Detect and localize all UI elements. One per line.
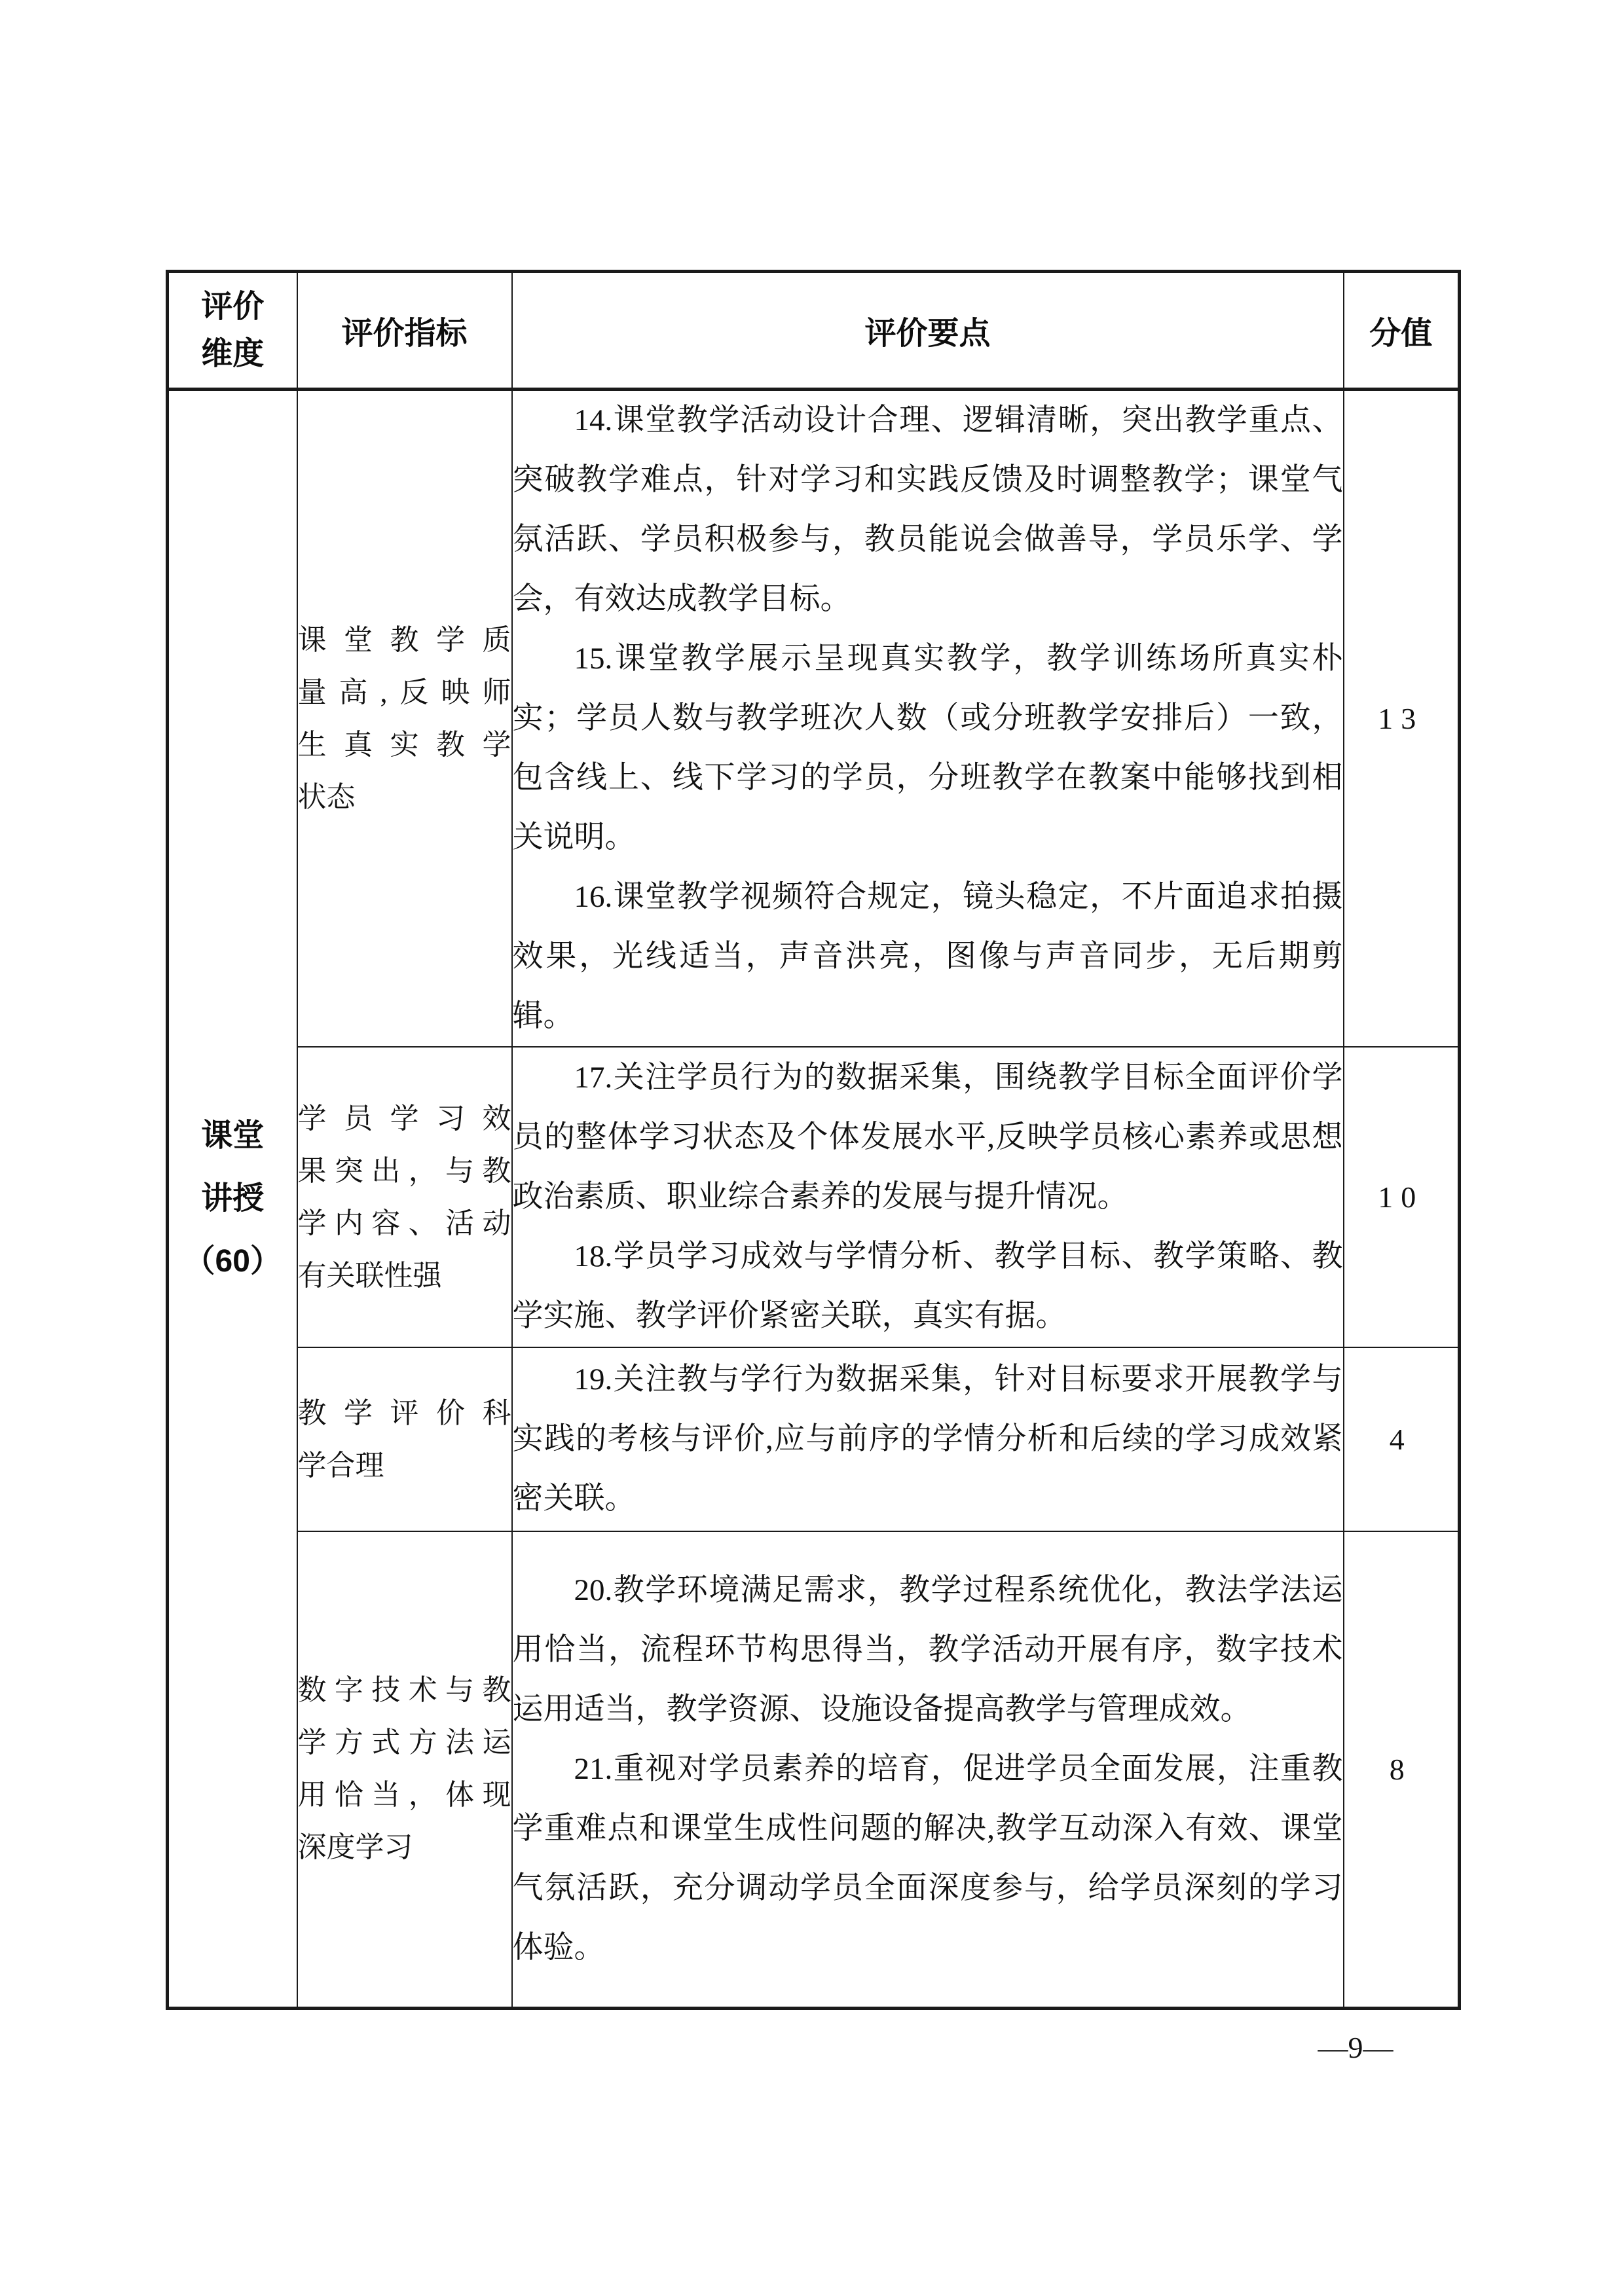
indicator-cell: 学员学习效 果突出，与教 学内容、活动 有关联性强 bbox=[297, 1047, 512, 1347]
header-points: 评价要点 bbox=[512, 272, 1344, 390]
indicator-line: 状态 bbox=[298, 771, 511, 824]
score-cell: 13 bbox=[1344, 390, 1460, 1048]
indicator-line: 量高,反映师 bbox=[298, 666, 511, 719]
point-item-17: 17.关注学员行为的数据采集，围绕教学目标全面评价学员的整体学习状态及个体发展水… bbox=[513, 1048, 1343, 1227]
point-item-14: 14.课堂教学活动设计合理、逻辑清晰，突出教学重点、突破教学难点，针对学习和实践… bbox=[513, 391, 1343, 629]
evaluation-table: 评价 维度 评价指标 评价要点 分值 课堂 讲授 （60） 课堂教学质 量高,反… bbox=[166, 270, 1461, 2010]
indicator-line: 教学评价科 bbox=[298, 1387, 511, 1440]
point-item-16: 16.课堂教学视频符合规定，镜头稳定，不片面追求拍摄效果，光线适当，声音洪亮，图… bbox=[513, 867, 1343, 1046]
table-row: 课堂 讲授 （60） 课堂教学质 量高,反映师 生真实教学 状态 14.课堂教学… bbox=[168, 390, 1460, 1048]
indicator-line: 学方式方法运 bbox=[298, 1717, 511, 1769]
point-item-20: 20.教学环境满足需求，教学过程系统优化，教法学法运用恰当，流程环节构思得当，教… bbox=[513, 1561, 1343, 1740]
dimension-label-line: （60） bbox=[169, 1230, 297, 1293]
dimension-label-line: 课堂 bbox=[169, 1104, 297, 1167]
indicator-line: 生真实教学 bbox=[298, 719, 511, 771]
dimension-label-line: 讲授 bbox=[169, 1167, 297, 1230]
header-dimension-line: 维度 bbox=[169, 331, 297, 378]
document-page: 评价 维度 评价指标 评价要点 分值 课堂 讲授 （60） 课堂教学质 量高,反… bbox=[0, 0, 1624, 2296]
indicator-line: 数字技术与教 bbox=[298, 1664, 511, 1717]
header-dimension: 评价 维度 bbox=[168, 272, 297, 390]
header-indicator: 评价指标 bbox=[297, 272, 512, 390]
table-row: 学员学习效 果突出，与教 学内容、活动 有关联性强 17.关注学员行为的数据采集… bbox=[168, 1047, 1460, 1347]
point-item-15: 15.课堂教学展示呈现真实教学，教学训练场所真实朴实；学员人数与教学班次人数（或… bbox=[513, 629, 1343, 867]
score-cell: 10 bbox=[1344, 1047, 1460, 1347]
indicator-line: 有关联性强 bbox=[298, 1250, 511, 1302]
table-header: 评价 维度 评价指标 评价要点 分值 bbox=[168, 272, 1460, 390]
indicator-line: 果突出，与教 bbox=[298, 1145, 511, 1197]
indicator-line: 学合理 bbox=[298, 1440, 511, 1492]
table-row: 教学评价科 学合理 19.关注教与学行为数据采集，针对目标要求开展教学与实践的考… bbox=[168, 1347, 1460, 1531]
points-cell: 14.课堂教学活动设计合理、逻辑清晰，突出教学重点、突破教学难点，针对学习和实践… bbox=[512, 390, 1344, 1048]
point-item-21: 21.重视对学员素养的培育，促进学员全面发展，注重教学重难点和课堂生成性问题的解… bbox=[513, 1740, 1343, 1978]
table-row: 数字技术与教 学方式方法运 用恰当，体现 深度学习 20.教学环境满足需求，教学… bbox=[168, 1531, 1460, 2008]
points-cell: 17.关注学员行为的数据采集，围绕教学目标全面评价学员的整体学习状态及个体发展水… bbox=[512, 1047, 1344, 1347]
indicator-line: 学员学习效 bbox=[298, 1093, 511, 1145]
score-cell: 4 bbox=[1344, 1347, 1460, 1531]
indicator-cell: 课堂教学质 量高,反映师 生真实教学 状态 bbox=[297, 390, 512, 1048]
header-dimension-line: 评价 bbox=[169, 283, 297, 331]
header-row: 评价 维度 评价指标 评价要点 分值 bbox=[168, 272, 1460, 390]
indicator-cell: 教学评价科 学合理 bbox=[297, 1347, 512, 1531]
point-item-18: 18.学员学习成效与学情分析、教学目标、教学策略、教学实施、教学评价紧密关联，真… bbox=[513, 1227, 1343, 1346]
page-number: —9— bbox=[1270, 2028, 1441, 2068]
header-score: 分值 bbox=[1344, 272, 1460, 390]
indicator-line: 学内容、活动 bbox=[298, 1197, 511, 1250]
table-body: 课堂 讲授 （60） 课堂教学质 量高,反映师 生真实教学 状态 14.课堂教学… bbox=[168, 390, 1460, 2009]
indicator-line: 用恰当，体现 bbox=[298, 1769, 511, 1821]
indicator-line: 课堂教学质 bbox=[298, 614, 511, 666]
score-cell: 8 bbox=[1344, 1531, 1460, 2008]
indicator-line: 深度学习 bbox=[298, 1821, 511, 1874]
dimension-cell: 课堂 讲授 （60） bbox=[168, 390, 297, 2009]
points-cell: 20.教学环境满足需求，教学过程系统优化，教法学法运用恰当，流程环节构思得当，教… bbox=[512, 1531, 1344, 2008]
points-cell: 19.关注教与学行为数据采集，针对目标要求开展教学与实践的考核与评价,应与前序的… bbox=[512, 1347, 1344, 1531]
point-item-19: 19.关注教与学行为数据采集，针对目标要求开展教学与实践的考核与评价,应与前序的… bbox=[513, 1350, 1343, 1529]
indicator-cell: 数字技术与教 学方式方法运 用恰当，体现 深度学习 bbox=[297, 1531, 512, 2008]
